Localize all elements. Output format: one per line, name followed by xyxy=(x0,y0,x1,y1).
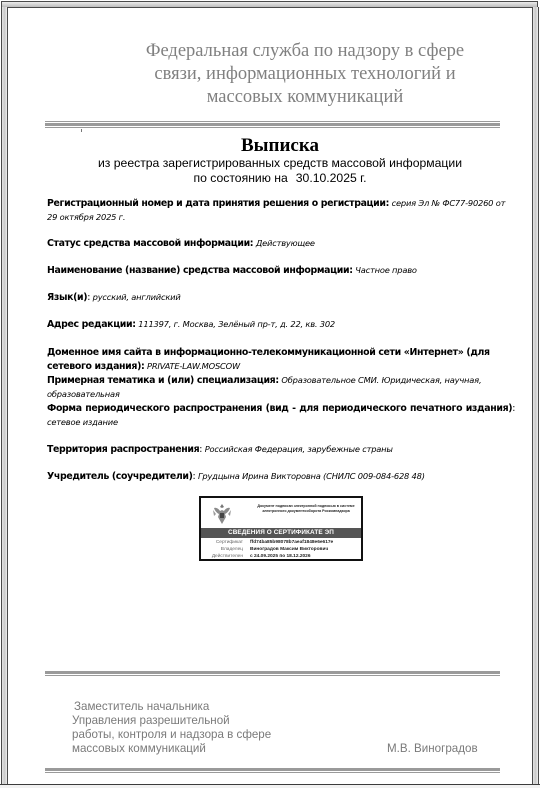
signatory-position: Заместитель начальника Управления разреш… xyxy=(72,700,312,756)
field-status: Статус средства массовой информации: Дей… xyxy=(47,237,515,251)
as-of-line: по состоянию на30.10.2025 г. xyxy=(45,171,515,186)
page-frame-bottom xyxy=(0,784,540,788)
tick-mark xyxy=(81,129,82,132)
organization-header: Федеральная служба по надзору в сфере св… xyxy=(110,40,500,109)
field-distribution-form: Форма периодического распространения (ви… xyxy=(47,402,515,429)
field-languages: Язык(и): русский, английский xyxy=(47,291,515,305)
footer-divider-top xyxy=(45,671,500,676)
subtitle-text: из реестра зарегистрированных средств ма… xyxy=(45,156,515,171)
organization-line: связи, информационных технологий и xyxy=(110,63,500,86)
certificate-row: Владелец Виноградов Максим Викторович xyxy=(201,546,361,553)
field-name: Наименование (название) средства массово… xyxy=(47,264,515,278)
certificate-header: СВЕДЕНИЯ О СЕРТИФИКАТЕ ЭП xyxy=(201,528,361,538)
header-divider xyxy=(45,121,500,128)
document-title: Выписка xyxy=(45,135,515,157)
certificate-issuer-text: Документ подписан электронной подписью в… xyxy=(253,504,359,514)
as-of-prefix: по состоянию на xyxy=(194,171,288,185)
field-founders: Учредитель (соучредители): Грудцына Ирин… xyxy=(47,470,515,484)
organization-line: массовых коммуникаций xyxy=(110,86,500,109)
page-frame-right xyxy=(532,7,539,785)
organization-line: Федеральная служба по надзору в сфере xyxy=(110,40,500,63)
field-domain: Доменное имя сайта в информационно-телек… xyxy=(47,346,515,373)
field-topics: Примерная тематика и (или) специализация… xyxy=(47,374,515,401)
field-registration-number: Регистрационный номер и дата принятия ре… xyxy=(47,197,515,224)
certificate-row: Действителен с 24.09.2025 по 18.12.2026 xyxy=(201,553,361,560)
footer-divider-bottom xyxy=(45,768,500,773)
field-address: Адрес редакции: 111397, г. Москва, Зелён… xyxy=(47,318,515,332)
signatory-name: М.В. Виноградов xyxy=(387,742,478,756)
field-territory: Территория распространения: Российская Ф… xyxy=(47,443,515,457)
document-subtitle: из реестра зарегистрированных средств ма… xyxy=(45,156,515,186)
page-frame-left xyxy=(1,7,8,785)
certificate-row: Сертификат ffd74ba85b98078b7aeaf1848e6e6… xyxy=(201,539,361,546)
as-of-date: 30.10.2025 г. xyxy=(296,171,367,185)
signature-certificate-stamp: Документ подписан электронной подписью в… xyxy=(199,496,363,561)
domain-link: PRIVATE-LAW.MOSCOW xyxy=(147,361,240,371)
coat-of-arms-icon xyxy=(211,502,233,526)
page-frame-top xyxy=(1,1,538,8)
